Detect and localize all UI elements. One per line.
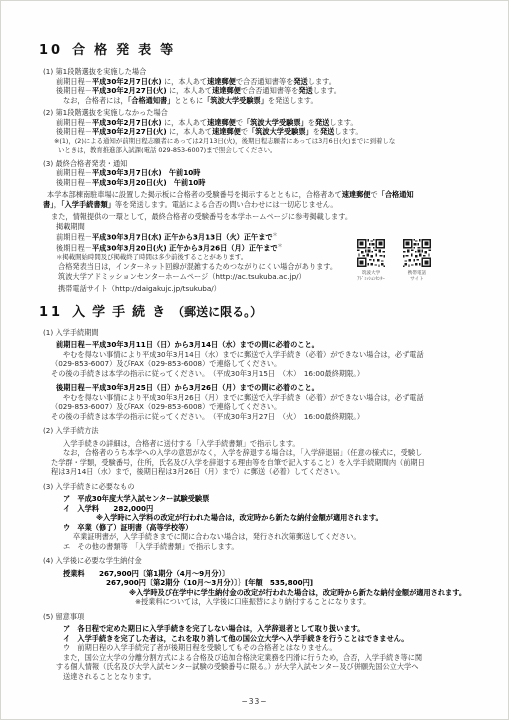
text-line: 前期日程－平成30年2月7日(水) に，本人あて速達郵便で「筑波大学受験票」を発… <box>39 118 478 128</box>
text-line: また，情報提供の一環として，最終合格者の受験番号を本学ホームページに参考掲載しま… <box>39 212 478 222</box>
text-segment: 「筑波大学受験票」 <box>243 118 308 127</box>
text-line: その後の手続きは本学の指示に従ってください。 （平成30年3月15日 （木） 1… <box>39 369 478 379</box>
text-line: (1) 第1段階選抜を実施した場合 <box>39 67 478 77</box>
text-segment: 等を発送します。電話による合否の問い合わせには一切応じません。 <box>115 200 338 209</box>
text-segment: 前期日程－ <box>56 118 92 127</box>
text-segment: イ 入学料 282,000円 <box>63 504 153 513</box>
text-line: (4) 入学後に必要な学生納付金 <box>39 556 478 566</box>
text-line: ウ 前期日程の入学手続完了者が後期日程を受験してもその合格者とはなりません。 <box>39 643 478 653</box>
text-segment: ※入学時に入学料の改定が行われた場合は，改定時から新たな納付金額が適用されます。 <box>96 513 383 522</box>
text-segment: 入学手続きの詳細は，合格者に送付する「入学手続書類」で指示します。 <box>63 439 300 448</box>
text-line: ※授業料については，入学後に口座振替により納付することになります。 <box>39 597 478 607</box>
text-line: やむを得ない事情により平成30年3月26日（月）までに郵送で入学手続き（必着）が… <box>39 393 478 403</box>
section-11-title-suffix: （郵送に限る。） <box>172 305 262 319</box>
text-segment: 平成30年2月27日(火) <box>92 86 167 95</box>
text-line: (2) 第1段階選抜を実施しなかった場合 <box>39 108 478 118</box>
text-segment: に，本人あて <box>162 118 207 127</box>
section-11-body: (1) 入学手続期間前期日程－平成30年3月11日（日）から3月14日（水）まで… <box>39 328 478 682</box>
text-segment: 平成30年3月7日(水) 午前10時 <box>92 168 200 177</box>
text-segment: (5) 留意事項 <box>43 612 84 621</box>
text-line: その後の手続きは本学の指示に従ってください。 （平成30年3月27日 （火） 1… <box>39 412 478 422</box>
text-segment: ＊掲載開始時間及び掲載終了時間は多少前後することがあります。 <box>56 253 247 261</box>
text-line: 後期日程－平成30年3月25日（日）から3月26日（月）までの間に必着のこと。 <box>39 383 478 393</box>
text-line: 前期日程－平成30年3月7日(水) 午前10時 <box>39 168 478 178</box>
text-segment: します。 <box>329 118 357 127</box>
section-10-heading: 10合格発表等 <box>39 39 478 58</box>
page-number: −33− <box>1 697 508 706</box>
text-segment: (3) 最終合格者発表・通知 <box>43 159 127 168</box>
text-segment: 後期日程－平成30年3月25日（日）から3月26日（月）までの間に必着のこと。 <box>56 383 319 392</box>
text-segment: で合否通知書等を <box>236 77 294 86</box>
text-segment: を発送します。 <box>268 96 318 105</box>
text-line: ※(1)，(2)による通知が前期日程志願者にあっては2月13日(火)，後期日程志… <box>39 137 478 147</box>
text-line: （029-853-6007）及びFAX（029-853-6008）で連絡してくだ… <box>39 359 478 369</box>
text-segment: た学群・学類，受験番号，住所，氏名及び入学を辞退する理由等を自筆で記入すること）… <box>51 458 425 467</box>
section-10-title: 合格発表等 <box>72 43 182 58</box>
text-segment: 速達郵便 <box>212 127 241 136</box>
text-segment: (2) 入学手続方法 <box>43 426 99 435</box>
text-segment: 後期日程－ <box>56 86 92 95</box>
text-line: ※入学時及び在学中に学生納付金の改定が行われた場合は，改定時から新たな納付金額が… <box>39 588 478 598</box>
text-segment: 「入学手続書類」 <box>61 200 115 209</box>
text-segment: 筑波大学アドミッションセンターホームページ（http://ac.tsukuba.… <box>58 272 306 281</box>
text-segment: やむを得ない事情により平成30年3月14日（水）までに郵送で入学手続き（必着）が… <box>63 350 424 359</box>
text-segment: します。 <box>334 127 362 136</box>
text-segment: ※入学時及び在学中に学生納付金の改定が行われた場合は，改定時から新たな納付金額が… <box>129 588 466 597</box>
text-segment: します。 <box>313 86 341 95</box>
text-line: 掲載期間 <box>39 222 478 232</box>
text-segment: で <box>241 127 248 136</box>
text-segment: 前期日程－ <box>56 77 92 86</box>
text-segment: で <box>370 190 377 199</box>
text-line: (5) 留意事項 <box>39 612 478 622</box>
text-segment: 平成30年3月20日(火) 午前10時 <box>92 178 205 187</box>
qr-code-icon <box>357 239 385 267</box>
text-segment: ※授業料については，入学後に口座振替により納付することになります。 <box>135 597 370 606</box>
text-segment: 卒業証明書が，入学手続きまでに間に合わない場合は，発行され次第郵送してください。 <box>73 532 361 541</box>
text-line: 書」，「入学手続書類」等を発送します。電話による合否の問い合わせには一切応じませ… <box>39 200 478 210</box>
text-line: ア 平成30年度大学入試センター試験受験票 <box>39 494 478 504</box>
text-line: 後期日程－平成30年2月27日(火) に，本人あて速達郵便で合否通知書等を発送し… <box>39 86 478 96</box>
qr-mobile-site-label: 携帯電話 サイト <box>403 271 431 283</box>
text-segment: 発送 <box>315 118 329 127</box>
text-segment: 携帯電話サイト（http://daigakujc.jp/tsukuba/） <box>58 284 221 293</box>
text-segment: 平成30年3月20日(火) 正午から3月26日（月）正午まで <box>92 243 278 252</box>
qr-label-line: ｱﾄﾞﾐｯｼｮﾝｾﾝﾀｰ <box>357 277 385 283</box>
text-segment: なお，合格者には， <box>63 96 128 105</box>
text-segment: イ 入学手続きを完了した者は，これを取り消して他の国公立大学へ入学手続きを行うこ… <box>63 634 408 643</box>
text-segment: で合否通知書等を <box>241 86 299 95</box>
text-segment: に，本人あて <box>167 127 212 136</box>
text-segment: 書」 <box>43 200 54 209</box>
text-segment: 前期日程－ <box>56 232 92 241</box>
text-segment: いときは，教育推進部入試課(電話 029-853-6007)まで照会してください… <box>58 146 276 154</box>
text-segment: 前期日程－平成30年3月11日（日）から3月14日（水）までの間に必着のこと。 <box>56 340 319 349</box>
text-segment: で <box>236 118 243 127</box>
text-segment: 速達郵便 <box>342 190 371 199</box>
text-line: 前期日程－平成30年3月11日（日）から3月14日（水）までの間に必着のこと。 <box>39 340 478 350</box>
text-line: 後期日程－平成30年2月27日(火) に，本人あて速達郵便で「筑波大学受験票」を… <box>39 127 478 137</box>
text-segment: 発送 <box>298 86 312 95</box>
text-segment: 「筑波大学受験票」 <box>203 96 268 105</box>
text-segment: 程は3月14日（水）まで，後期日程は3月26日（月）まで）に郵送（必着）してくだ… <box>51 467 344 476</box>
text-segment: 後期日程－ <box>56 178 92 187</box>
text-line: エ その他の書類等 「入学手続書類」で指示します。 <box>39 542 478 552</box>
text-segment: 速達郵便 <box>207 118 236 127</box>
text-segment: する個人情報（氏名及び大学入試センター試験の受験番号に限る。）が大学入試センター… <box>56 662 418 671</box>
text-line: ア 各日程で定めた期日に入学手続きを完了しない場合は，入学辞退者として取り扱いま… <box>39 624 478 634</box>
text-line: 程は3月14日（水）まで，後期日程は3月26日（月）まで）に郵送（必着）してくだ… <box>39 467 478 477</box>
text-segment: とともに <box>174 96 203 105</box>
text-segment: 速達郵便 <box>212 86 241 95</box>
text-segment: (1) 入学手続期間 <box>43 328 99 337</box>
text-segment: を <box>313 127 320 136</box>
qr-label-line: サイト <box>403 277 431 283</box>
text-segment: します。 <box>308 77 336 86</box>
text-segment: 平成30年3月7日(水) 正午から3月13日（火）正午まで <box>92 232 273 241</box>
text-segment: 前期日程－ <box>56 168 92 177</box>
text-segment: その後の手続きは本学の指示に従ってください。 （平成30年3月27日 （火） 1… <box>51 412 364 421</box>
text-segment: (1) 第1段階選抜を実施した場合 <box>43 67 146 76</box>
text-line: (1) 入学手続期間 <box>39 328 478 338</box>
text-line: た学群・学類，受験番号，住所，氏名及び入学を辞退する理由等を自筆で記入すること）… <box>39 458 478 468</box>
text-segment: に，本人あて <box>167 86 212 95</box>
text-segment: 「筑波大学受験票」 <box>248 127 313 136</box>
text-line: やむを得ない事情により平成30年3月14日（水）までに郵送で入学手続き（必着）が… <box>39 350 478 360</box>
text-line: (3) 最終合格者発表・通知 <box>39 159 478 169</box>
document-page: 10合格発表等 (1) 第1段階選抜を実施した場合前期日程－平成30年2月7日(… <box>0 0 509 720</box>
text-segment: (4) 入学後に必要な学生納付金 <box>43 556 142 565</box>
text-line: イ 入学手続きを完了した者は，これを取り消して他の国公立大学へ入学手続きを行うこ… <box>39 634 478 644</box>
section-11-title: 入学手続き <box>72 305 172 320</box>
text-segment: ＊ <box>273 233 278 238</box>
text-line: （029-853-6007）及びFAX（029-853-6008）で連絡してくだ… <box>39 402 478 412</box>
text-segment: 後期日程－ <box>56 243 92 252</box>
text-line: なお，合格者には，「合格通知書」とともに「筑波大学受験票」を発送します。 <box>39 96 478 106</box>
text-segment: 平成30年2月7日(水) <box>92 77 162 86</box>
text-line: 授業料 267,900円〔第1期分（4月～9月分）〕 <box>39 569 478 579</box>
text-segment: やむを得ない事情により平成30年3月26日（月）までに郵送で入学手続き（必着）が… <box>63 393 424 402</box>
text-segment: 掲載期間 <box>56 222 85 231</box>
qr-admission-center-label: 筑波大学 ｱﾄﾞﾐｯｼｮﾝｾﾝﾀｰ <box>357 271 385 283</box>
text-segment: 発送 <box>320 127 334 136</box>
text-segment: 合格発表当日は，インターネット回線が混雑するためつながりにくい場合があります。 <box>58 262 337 271</box>
qr-admission-center: 筑波大学 ｱﾄﾞﾐｯｼｮﾝｾﾝﾀｰ <box>357 239 385 283</box>
qr-block: 筑波大学 ｱﾄﾞﾐｯｼｮﾝｾﾝﾀｰ 携帯電話 サイト <box>357 239 431 283</box>
text-line: ※入学時に入学料の改定が行われた場合は，改定時から新たな納付金額が適用されます。 <box>39 513 478 523</box>
text-segment: 267,900円〔第2期分（10月～3月分）〕 <box>106 578 238 587</box>
text-line: イ 入学料 282,000円 <box>39 504 478 514</box>
text-line: いときは，教育推進部入試課(電話 029-853-6007)まで照会してください… <box>39 146 478 156</box>
text-segment: (3) 入学手続きに必要なもの <box>43 482 135 491</box>
text-line: (3) 入学手続きに必要なもの <box>39 482 478 492</box>
text-segment: を <box>308 118 315 127</box>
qr-mobile-site: 携帯電話 サイト <box>403 239 431 283</box>
text-segment: エ その他の書類等 「入学手続書類」で指示します。 <box>63 542 239 551</box>
text-line: 入学手続きの詳細は，合格者に送付する「入学手続書類」で指示します。 <box>39 439 478 449</box>
section-10-number: 10 <box>39 43 63 58</box>
text-line: また，国公立大学の分離分割方式による合格及び追加合格決定業務を円滑に行うため，合… <box>39 653 478 663</box>
text-segment: ア 各日程で定めた期日に入学手続きを完了しない場合は，入学辞退者として取り扱いま… <box>63 624 364 633</box>
text-segment: ※(1)，(2)による通知が前期日程志願者にあっては2月13日(火)，後期日程志… <box>54 137 395 145</box>
text-segment: ウ 前期日程の入学手続完了者が後期日程を受験してもその合格者とはなりません。 <box>63 643 337 652</box>
text-segment: (2) 第1段階選抜を実施しなかった場合 <box>43 108 168 117</box>
text-segment: なお，合格者のうち本学への入学の意思がなく，入学を辞退する場合は，「入学辞退届」… <box>63 448 422 457</box>
text-line: (2) 入学手続方法 <box>39 426 478 436</box>
section-11-heading: 11入学手続き（郵送に限る。） <box>39 301 478 320</box>
text-segment: 授業料 267,900円〔第1期分（4月～9月分）〕 <box>63 569 229 578</box>
text-segment: 速達郵便 <box>207 77 236 86</box>
text-segment: ＊ <box>278 244 283 249</box>
text-segment: 送達されることとなります。 <box>63 672 156 681</box>
text-segment: また，国公立大学の分離分割方式による合格及び追加合格決定業務を円滑に行うため，合… <box>63 653 422 662</box>
text-segment: に，本人あて <box>162 77 207 86</box>
section-11-number: 11 <box>39 305 63 320</box>
text-segment: 「合格通知書」 <box>128 96 175 105</box>
text-line: 267,900円〔第2期分（10月～3月分）〕｝[年額 535,800円] <box>39 578 478 588</box>
text-segment: 後期日程－ <box>56 127 92 136</box>
text-line: 前期日程－平成30年2月7日(水) に，本人あて速達郵便で合否通知書等を発送しま… <box>39 77 478 87</box>
text-segment: また，情報提供の一環として，最終合格者の受験番号を本学ホームページに参考掲載しま… <box>51 212 352 221</box>
text-segment: その後の手続きは本学の指示に従ってください。 （平成30年3月15日 （木） 1… <box>51 369 364 378</box>
text-segment: [年額 535,800円] <box>245 578 313 587</box>
text-segment: 発送 <box>293 77 307 86</box>
text-segment: ｝ <box>238 578 245 587</box>
text-line: なお，合格者のうち本学への入学の意思がなく，入学を辞退する場合は，「入学辞退届」… <box>39 448 478 458</box>
text-segment: ア 平成30年度大学入試センター試験受験票 <box>63 494 209 503</box>
text-line: する個人情報（氏名及び大学入試センター試験の受験番号に限る。）が大学入試センター… <box>39 662 478 672</box>
text-segment: 平成30年2月7日(水) <box>92 118 162 127</box>
text-segment: （029-853-6007）及びFAX（029-853-6008）で連絡してくだ… <box>51 402 281 411</box>
text-segment: ， <box>54 200 61 209</box>
text-line: 卒業証明書が，入学手続きまでに間に合わない場合は，発行され次第郵送してください。 <box>39 532 478 542</box>
text-segment: ウ 卒業（修了）証明書（高等学校等） <box>63 523 192 532</box>
text-line: 送達されることとなります。 <box>39 672 478 682</box>
text-segment: 「合格通知 <box>378 190 414 199</box>
text-segment: （029-853-6007）及びFAX（029-853-6008）で連絡してくだ… <box>51 359 281 368</box>
qr-code-icon <box>403 239 431 267</box>
text-segment: 平成30年2月27日(火) <box>92 127 167 136</box>
text-line: ウ 卒業（修了）証明書（高等学校等） <box>39 523 478 533</box>
text-line: 本学本部棟南駐車場に設置した掲示板に合格者の受験番号を掲示するとともに，合格者あ… <box>39 190 478 200</box>
text-line: 後期日程－平成30年3月20日(火) 午前10時 <box>39 178 478 188</box>
text-segment: 本学本部棟南駐車場に設置した掲示板に合格者の受験番号を掲示するとともに，合格者あ… <box>47 190 342 199</box>
text-line: 携帯電話サイト（http://daigakujc.jp/tsukuba/） <box>39 284 478 294</box>
